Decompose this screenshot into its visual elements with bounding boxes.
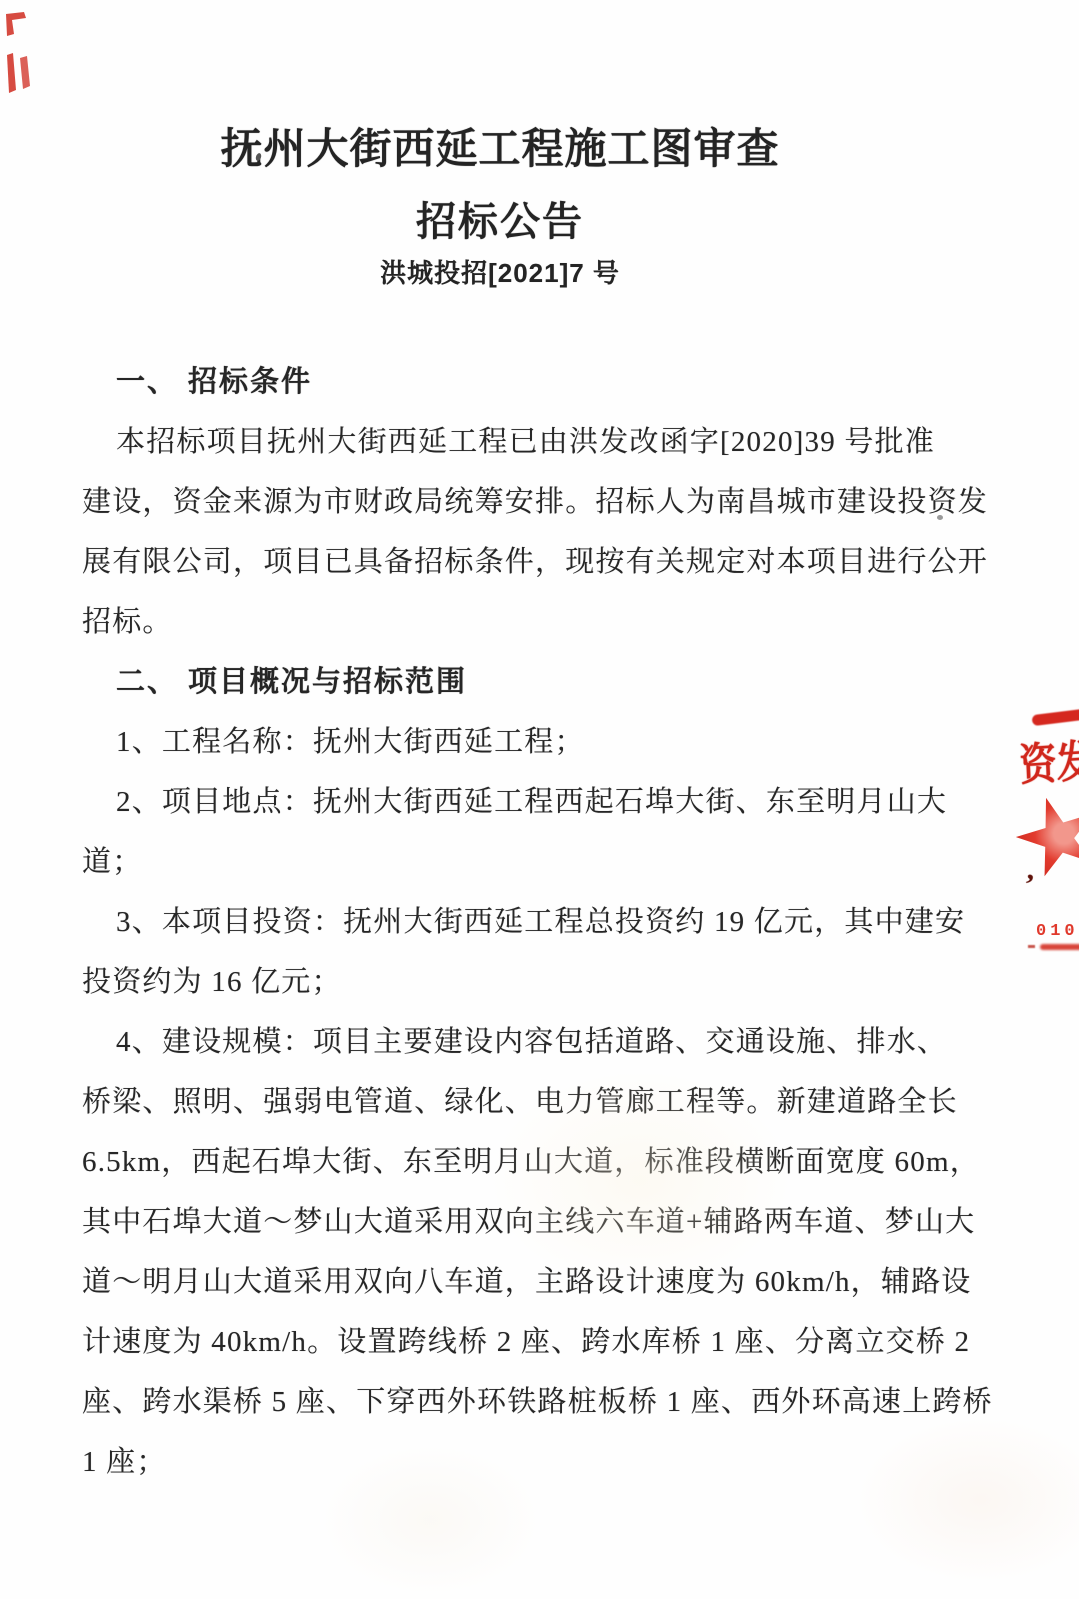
body-line: 1、工程名称：抚州大街西延工程； [82, 712, 1022, 772]
seal-serial-number: 0100 [1036, 922, 1079, 941]
scanned-document-page: 抚州大街西延工程施工图审查 招标公告 洪城投招[2021]7 号 一、 招标条件… [0, 0, 1079, 1599]
body-line: 6.5km，西起石埠大街、东至明月山大道，标准段横断面宽度 60m， [82, 1132, 1022, 1192]
body-line: 道～明月山大道采用双向八车道，主路设计速度为 60km/h，辅路设 [82, 1252, 1022, 1312]
body-line: 座、跨水渠桥 5 座、下穿西外环铁路桩板桥 1 座、西外环高速上跨桥 [82, 1372, 1022, 1432]
body-line: 展有限公司，项目已具备招标条件，现按有关规定对本项目进行公开 [82, 532, 1022, 592]
body-line: 道； [82, 832, 1022, 892]
body-line: 其中石埠大道～梦山大道采用双向主线六车道+辅路两车道、梦山大 [82, 1192, 1022, 1252]
body-line: 本招标项目抚州大街西延工程已由洪发改函字[2020]39 号批准 [82, 412, 1022, 472]
document-subtitle: 招标公告 [0, 190, 1000, 247]
body-line: 建设，资金来源为市财政局统筹安排。招标人为南昌城市建设投资发 [82, 472, 1022, 532]
body-line: 一、 招标条件 [82, 352, 1022, 412]
official-seal: 资发 ’ 0100 [1010, 700, 1079, 970]
body-line: 3、本项目投资：抚州大街西延工程总投资约 19 亿元，其中建安 [82, 892, 1022, 952]
document-number: 洪城投招[2021]7 号 [0, 253, 1000, 290]
seal-star-icon [1006, 786, 1079, 889]
body-line: 投资约为 16 亿元； [82, 952, 1022, 1012]
body-line: 计速度为 40km/h。设置跨线桥 2 座、跨水库桥 1 座、分离立交桥 2 [82, 1312, 1022, 1372]
seal-text: 资发 [1018, 726, 1079, 794]
document-title: 抚州大街西延工程施工图审查 [0, 116, 1000, 176]
body-line: 1 座； [82, 1432, 1022, 1492]
red-fragment-strokes [0, 0, 40, 110]
seal-ink-mark: ’ [1022, 867, 1037, 902]
body-line: 2、项目地点：抚州大街西延工程西起石埠大街、东至明月山大 [82, 772, 1022, 832]
document-body: 一、 招标条件本招标项目抚州大街西延工程已由洪发改函字[2020]39 号批准建… [82, 352, 1022, 1492]
body-line: 招标。 [82, 592, 1022, 652]
seal-ink-smudge [1040, 944, 1079, 950]
body-line: 二、 项目概况与招标范围 [82, 652, 1022, 712]
seal-ink-dash [1028, 945, 1035, 948]
red-header-fragment [0, 0, 40, 110]
seal-arc-stroke [1032, 709, 1079, 726]
body-line: 桥梁、照明、强弱电管道、绿化、电力管廊工程等。新建道路全长 [82, 1072, 1022, 1132]
body-line: 4、建设规模：项目主要建设内容包括道路、交通设施、排水、 [82, 1012, 1022, 1072]
